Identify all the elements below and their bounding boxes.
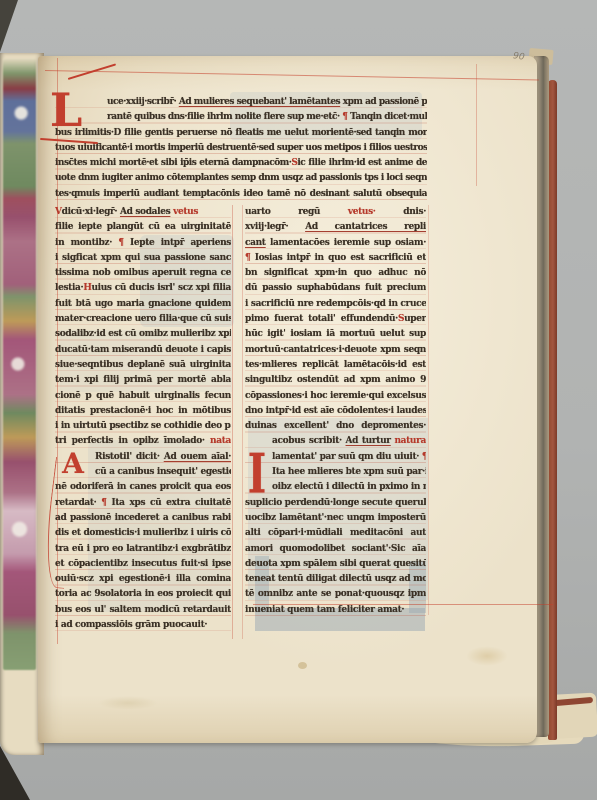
text-line: dis et domesticis·i mulieribz i uiris cō bbox=[55, 526, 231, 541]
text-line: cionē p quē habuit uirginalis fecun bbox=[55, 389, 231, 404]
text-line: ducatū·tam miserandū deuote i capis bbox=[55, 343, 231, 358]
gothic-text: i in uirtutū psectibz se cothidie deo pa bbox=[55, 421, 231, 431]
gothic-text: Ad cantatrices repli bbox=[305, 222, 426, 232]
text-line: lamentat' par suū qm diu uiuit· ¶ bbox=[245, 450, 426, 465]
text-line: singultibz ostendūt ad xpm animo 9 bbox=[245, 373, 426, 388]
text-line: tes·qmuis imperiū audiant temptacōnis id… bbox=[55, 187, 427, 202]
gothic-text: tes·qmuis imperiū audiant temptacōnis id… bbox=[55, 189, 427, 199]
ruling-line-outer-margin bbox=[476, 64, 477, 186]
gothic-text: i sigficat xpm qui sua passione sanc bbox=[55, 253, 231, 263]
gothic-text bbox=[320, 207, 348, 217]
gothic-text: Iepte intpr̄ aperiens bbox=[124, 238, 231, 248]
text-line: filie iepte plangūt cū ea uirginitatē bbox=[55, 220, 231, 235]
gothic-text: nē odoriferā in canes proicit qua eos bbox=[55, 482, 231, 492]
text-line: duinas excellent' dno depromentes· bbox=[245, 419, 426, 434]
gothic-text: tuos uiuificantē·i mortis imperiū destru… bbox=[55, 143, 427, 153]
text-column-left: Vdicū·xi·legr̄· Ad sodales vetusfilie ie… bbox=[55, 205, 231, 633]
gothic-text: tem·i xpi filij primā per mortē abla bbox=[55, 375, 231, 385]
text-line: ¶ Iosias intpr̄ in quo est sacrificiū et bbox=[245, 251, 426, 266]
text-line: tem·i xpi filij primā per mortē abla bbox=[55, 373, 231, 388]
gothic-text: bn significat xpm·in quo adhuc nō bbox=[245, 268, 426, 278]
text-line: inueniat quem tam feliciter amat· bbox=[245, 603, 426, 618]
folio-number: 90 bbox=[512, 51, 525, 62]
text-line: hūc igit' iosiam iā mortuū uelut sup bbox=[245, 327, 426, 342]
gothic-text: ditatis prestacionē·i hoc in mōtibus bbox=[55, 406, 231, 416]
text-line: tuos uiuificantē·i mortis imperiū destru… bbox=[55, 141, 427, 156]
gothic-text: rantē quibus dns·filie ihrlm nolite fler… bbox=[107, 112, 342, 122]
parchment-stain bbox=[98, 696, 158, 710]
rubric-text: V bbox=[55, 207, 62, 217]
gothic-text: mortuū·cantatrices·i·deuote xpm seqn bbox=[245, 345, 426, 355]
text-line: rantē quibus dns·filie ihrlm nolite fler… bbox=[55, 110, 427, 125]
rubric-text: vetus· bbox=[348, 207, 376, 217]
gothic-text: dnis· bbox=[376, 207, 426, 217]
gothic-text: suplicio perdendū·longe secute querul' bbox=[245, 498, 426, 508]
gothic-text: in montibz· bbox=[55, 238, 118, 248]
gothic-text: tra eū i pro eo latrantibz·i exgbrātibz bbox=[55, 544, 231, 554]
text-line: uocibz lamētant'·nec unqm imposterū bbox=[245, 511, 426, 526]
ruling-line-top bbox=[45, 70, 539, 80]
text-line: siue·seqntibus deplanē suā uirginita bbox=[55, 358, 231, 373]
gothic-text: ic filie ihrlm·id est anime de bbox=[297, 158, 427, 168]
text-line: i ad compassiōis grām puocauit· bbox=[55, 618, 231, 633]
gothic-text: uce·xxiij·scribr̄· bbox=[107, 97, 179, 107]
gothic-text: cant bbox=[245, 238, 266, 248]
text-line: insc̄tes michi mortē·et sibi ip̄is etern… bbox=[55, 156, 427, 171]
gothic-text: tissima nob omibus aperuit regna ce bbox=[55, 268, 231, 278]
text-line: tra eū i pro eo latrantibz·i exgbrātibz bbox=[55, 542, 231, 557]
gothic-text: tes·mlieres replicāt lamētacōis·id est bbox=[245, 360, 426, 370]
text-line: in montibz· ¶ Iepte intpr̄ aperiens bbox=[55, 236, 231, 251]
text-line: uce·xxiij·scribr̄· Ad mulieres sequebant… bbox=[55, 95, 427, 110]
text-line: ouiū·scz xpi egestionē·i illa comina bbox=[55, 572, 231, 587]
gothic-text: Ad sodales bbox=[120, 207, 170, 217]
text-line: uote dnm iugiter animo cōtemplantes semp… bbox=[55, 171, 427, 186]
gothic-text: deuota xpm spālem sibi querat quesitū bbox=[245, 559, 426, 569]
gothic-text: lamentacōes ieremie sup osiam· bbox=[266, 238, 426, 248]
gothic-text: Iosias intpr̄ in quo est sacrificiū et bbox=[250, 253, 426, 263]
gothic-text: i sacrificiū nre redempcōis·qd in cruce bbox=[245, 299, 426, 309]
gothic-text: Ita xps cū extra ciuitatē bbox=[107, 498, 231, 508]
gothic-text: xpm ad passionē prope bbox=[340, 97, 427, 107]
gothic-text: lamentat' par suū qm diu uiuit· bbox=[272, 452, 422, 462]
text-line: i sigficat xpm qui sua passione sanc bbox=[55, 251, 231, 266]
gothic-text: uper bbox=[404, 314, 426, 324]
text-line: dū passio suphabūdans fuit precium bbox=[245, 281, 426, 296]
gothic-text: tri perfectis in opibz īmolado· bbox=[55, 436, 210, 446]
gothic-text: fuit btā ugo maria gnacione quidem bbox=[55, 299, 231, 309]
gothic-text: ouiū·scz xpi egestionē·i illa comina bbox=[55, 574, 231, 584]
text-line: ad passionē incederet a canibus rabi bbox=[55, 511, 231, 526]
gothic-text: et cōpacientibz insecutus fuit·si ipse bbox=[55, 559, 231, 569]
rubric-text: natura bbox=[394, 436, 426, 446]
text-line: sodalibz·id est cū omibz mulieribz xpi bbox=[55, 327, 231, 342]
text-line: mater·creacione uero filia·que cū suis bbox=[55, 312, 231, 327]
manuscript-photo: 90 L A I uce·xxiij·scribr̄· Ad mulieres … bbox=[0, 0, 597, 800]
text-line: tes·mlieres replicāt lamētacōis·id est bbox=[245, 358, 426, 373]
gothic-text: pimo fuerat totali' effundendū· bbox=[245, 314, 398, 324]
gothic-text: cionē p quē habuit uirginalis fecun bbox=[55, 391, 231, 401]
gothic-text: cū a canibus insequit' egestio bbox=[95, 467, 231, 477]
text-line: teneat tentū diligat dilectū usqz ad mor bbox=[245, 572, 426, 587]
text-line: pimo fuerat totali' effundendū·Super bbox=[245, 312, 426, 327]
gothic-text: inueniat quem tam feliciter amat· bbox=[245, 605, 404, 615]
gothic-text: uarto regū bbox=[245, 207, 320, 217]
gothic-text: dū passio suphabūdans fuit precium bbox=[245, 283, 426, 293]
rubric-text: nata bbox=[210, 436, 231, 446]
gothic-text: hūc igit' iosiam iā mortuū uelut sup bbox=[245, 329, 426, 339]
text-line: deuota xpm spālem sibi querat quesitū bbox=[245, 557, 426, 572]
text-line: uarto regū vetus· dnis· bbox=[245, 205, 426, 220]
book-cover-edge bbox=[548, 80, 557, 740]
text-line: i in uirtutū psectibz se cothidie deo pa bbox=[55, 419, 231, 434]
full-width-text-block: uce·xxiij·scribr̄· Ad mulieres sequebant… bbox=[55, 95, 427, 202]
gothic-text: Ad mulieres sequebant' lamētantes bbox=[179, 97, 340, 107]
text-line: i sacrificiū nre redempcōis·qd in cruce bbox=[245, 297, 426, 312]
gothic-text: teneat tentū diligat dilectū usqz ad mor bbox=[245, 574, 426, 584]
gothic-text: Ristotil' dicit· bbox=[95, 452, 164, 462]
text-line: Vdicū·xi·legr̄· Ad sodales vetus bbox=[55, 205, 231, 220]
text-line: fuit btā ugo maria gnacione quidem bbox=[55, 297, 231, 312]
gothic-text: lestia· bbox=[55, 283, 83, 293]
text-line: cant lamentacōes ieremie sup osiam· bbox=[245, 236, 426, 251]
manuscript-page: 90 L A I uce·xxiij·scribr̄· Ad mulieres … bbox=[38, 56, 537, 743]
gothic-text: ad passionē incederet a canibus rabi bbox=[55, 513, 231, 523]
gothic-text: dicū·xi·legr̄· bbox=[62, 207, 120, 217]
gothic-text: uius cū ducis isrl' scz xpi filia bbox=[91, 283, 231, 293]
gothic-text: bus eos ul' saltem modicū retardauit bbox=[55, 605, 231, 615]
gothic-text: ducatū·tam miserandū deuote i capis bbox=[55, 345, 231, 355]
gothic-text: dno intpr̄·id est aīe cōdolentes·i laude… bbox=[245, 406, 426, 416]
ruling-line-right-margin bbox=[428, 205, 429, 615]
text-line: bn significat xpm·in quo adhuc nō bbox=[245, 266, 426, 281]
illuminated-border-strip bbox=[3, 58, 36, 670]
text-line: bus irlimitis·D filie gentis peruerse nō… bbox=[55, 126, 427, 141]
gothic-text: dis et domesticis·i mulieribz i uiris cō bbox=[55, 528, 231, 538]
gothic-text: filie iepte plangūt cū ea uirginitatē bbox=[55, 222, 231, 232]
text-line: suplicio perdendū·longe secute querul' bbox=[245, 496, 426, 511]
rubric-text: ¶ bbox=[422, 452, 426, 462]
text-line: tē omnibz ante se ponat·quousqz ipm bbox=[245, 587, 426, 602]
rubric-text: vetus bbox=[173, 207, 198, 217]
text-line: tissima nob omibus aperuit regna ce bbox=[55, 266, 231, 281]
text-line: ditatis prestacionē·i hoc in mōtibus bbox=[55, 404, 231, 419]
drop-cap-I: I bbox=[247, 433, 267, 528]
gothic-text: singultibz ostendūt ad xpm animo 9 bbox=[245, 375, 426, 385]
gothic-text: tē omnibz ante se ponat·quousqz ipm bbox=[245, 589, 426, 599]
text-line: Ita hee mlieres bte xpm suū par·i pre bbox=[245, 465, 426, 480]
drop-cap-L: L bbox=[39, 82, 93, 142]
gothic-text: toria ac 9solatoria in eos proiecit qui bbox=[55, 589, 231, 599]
gothic-text: duinas excellent' dno depromentes· bbox=[245, 421, 426, 431]
gothic-text: Tanqin dicet·mulieri bbox=[348, 112, 427, 122]
gothic-text: amori quomodolibet sociant'·Sic aīa bbox=[245, 544, 426, 554]
text-line: oibz electū i dilectū in pximo in mortis bbox=[245, 480, 426, 495]
text-line: retardat· ¶ Ita xps cū extra ciuitatē bbox=[55, 496, 231, 511]
gothic-text: Ad ouem aīal· bbox=[164, 452, 231, 462]
gothic-text: xviij·legr̄· bbox=[245, 222, 305, 232]
text-line: nē odoriferā in canes proicit qua eos bbox=[55, 480, 231, 495]
text-line: lestia·Huius cū ducis isrl' scz xpi fili… bbox=[55, 281, 231, 296]
text-line: amori quomodolibet sociant'·Sic aīa bbox=[245, 542, 426, 557]
parchment-stain bbox=[298, 662, 307, 669]
gothic-text: insc̄tes michi mortē·et sibi ip̄is etern… bbox=[55, 158, 291, 168]
gothic-text: bus irlimitis·D filie gentis peruerse nō… bbox=[55, 128, 427, 138]
gothic-text: sodalibz·id est cū omibz mulieribz xpi bbox=[55, 329, 231, 339]
gothic-text: uote dnm iugiter animo cōtemplantes semp… bbox=[55, 173, 427, 183]
gothic-text: siue·seqntibus deplanē suā uirginita bbox=[55, 360, 231, 370]
text-column-right: uarto regū vetus· dnis·xviij·legr̄· Ad c… bbox=[245, 205, 426, 618]
gothic-text: i ad compassiōis grām puocauit· bbox=[55, 620, 207, 630]
gothic-text: Ita hee mlieres bte xpm suū par·i pre bbox=[272, 467, 426, 477]
gothic-text: Ad turtur bbox=[346, 436, 391, 446]
gothic-text: uocibz lamētant'·nec unqm imposterū bbox=[245, 513, 426, 523]
gothic-text: cōpassiones·i hoc ieremie·qui excelsus bbox=[245, 391, 426, 401]
gothic-text: acobus scribit· bbox=[272, 436, 346, 446]
text-line: acobus scribit· Ad turtur natura bbox=[245, 434, 426, 449]
ruling-line-intercolumn bbox=[232, 205, 233, 639]
gothic-text: mater·creacione uero filia·que cū suis bbox=[55, 314, 231, 324]
text-line: alti cōpari·i·mūdiali meditacōni aut bbox=[245, 526, 426, 541]
gothic-text: alti cōpari·i·mūdiali meditacōni aut bbox=[245, 528, 426, 538]
text-line: bus eos ul' saltem modicū retardauit bbox=[55, 603, 231, 618]
gothic-text: oibz electū i dilectū in pximo in mortis bbox=[272, 482, 426, 492]
text-line: et cōpacientibz insecutus fuit·si ipse bbox=[55, 557, 231, 572]
text-line: toria ac 9solatoria in eos proiecit qui bbox=[55, 587, 231, 602]
parchment-stain bbox=[466, 646, 508, 666]
text-line: cōpassiones·i hoc ieremie·qui excelsus bbox=[245, 389, 426, 404]
text-line: dno intpr̄·id est aīe cōdolentes·i laude… bbox=[245, 404, 426, 419]
photo-corner-shadow bbox=[0, 0, 18, 52]
text-line: mortuū·cantatrices·i·deuote xpm seqn bbox=[245, 343, 426, 358]
ruling-line-intercolumn bbox=[242, 205, 243, 639]
text-line: xviij·legr̄· Ad cantatrices repli bbox=[245, 220, 426, 235]
